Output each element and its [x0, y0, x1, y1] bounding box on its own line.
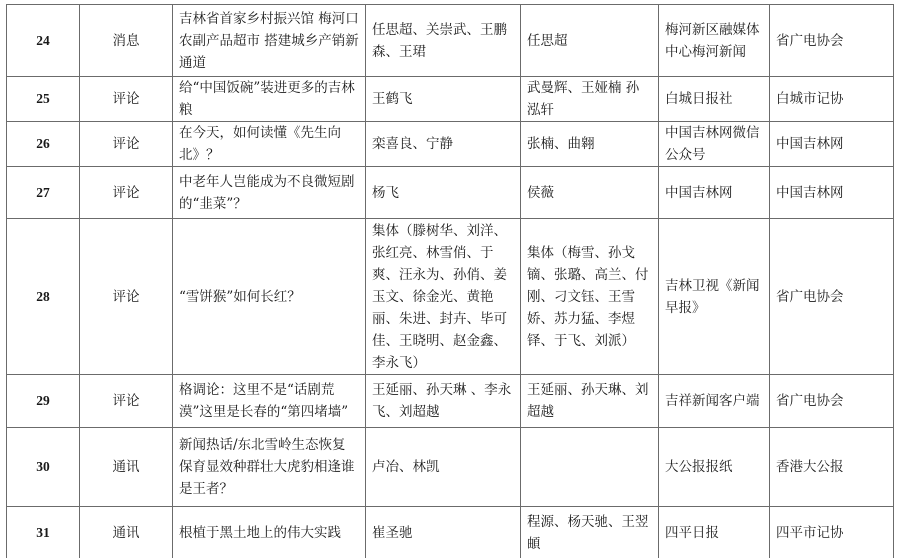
entry-recommender: 中国吉林网: [770, 167, 894, 219]
row-number: 27: [7, 167, 80, 219]
entry-title: 中老年人岂能成为不良微短剧的“韭菜”？: [173, 167, 366, 219]
entry-publisher: 中国吉林网: [659, 167, 770, 219]
entry-editors: 张楠、曲翱: [521, 122, 659, 167]
entry-authors: 杨飞: [366, 167, 521, 219]
table-row: 25 评论 给“中国饭碗”装进更多的吉林粮 王鹤飞 武曼辉、王娅楠 孙泓轩 白城…: [7, 77, 894, 122]
entry-type: 评论: [80, 122, 173, 167]
awards-table: 24 消息 吉林省首家乡村振兴馆 梅河口农副产品超市 搭建城乡产销新通道 任思超…: [6, 4, 894, 558]
entry-publisher: 梅河新区融媒体中心梅河新闻: [659, 5, 770, 77]
table-row: 31 通讯 根植于黑土地上的伟大实践 崔圣驰 程源、杨天驰、王翌頔 四平日报 四…: [7, 507, 894, 558]
row-number: 28: [7, 219, 80, 375]
entry-recommender: 省广电协会: [770, 375, 894, 428]
entry-title: 格调论：这里不是“话剧荒漠”这里是长春的“第四堵墙”: [173, 375, 366, 428]
entry-editors: 侯薇: [521, 167, 659, 219]
row-number: 26: [7, 122, 80, 167]
table-row: 29 评论 格调论：这里不是“话剧荒漠”这里是长春的“第四堵墙” 王延丽、孙天琳…: [7, 375, 894, 428]
entry-title: 新闻热话/东北雪岭生态恢复保育显效种群壮大虎豹相逢谁是王者？: [173, 428, 366, 507]
entry-editors: 武曼辉、王娅楠 孙泓轩: [521, 77, 659, 122]
entry-editors: 任思超: [521, 5, 659, 77]
entry-title: 给“中国饭碗”装进更多的吉林粮: [173, 77, 366, 122]
entry-title: “雪饼猴”如何长红？: [173, 219, 366, 375]
entry-type: 消息: [80, 5, 173, 77]
entry-recommender: 香港大公报: [770, 428, 894, 507]
entry-publisher: 吉祥新闻客户端: [659, 375, 770, 428]
entry-recommender: 中国吉林网: [770, 122, 894, 167]
row-number: 25: [7, 77, 80, 122]
table-row: 30 通讯 新闻热话/东北雪岭生态恢复保育显效种群壮大虎豹相逢谁是王者？ 卢冶、…: [7, 428, 894, 507]
entry-type: 评论: [80, 77, 173, 122]
entry-title: 吉林省首家乡村振兴馆 梅河口农副产品超市 搭建城乡产销新通道: [173, 5, 366, 77]
entry-type: 评论: [80, 167, 173, 219]
entry-authors: 集体（滕树华、刘洋、张红亮、林雪俏、于爽、汪永为、孙俏、姜玉文、徐金光、黄艳丽、…: [366, 219, 521, 375]
entry-type: 通讯: [80, 428, 173, 507]
entry-editors: 程源、杨天驰、王翌頔: [521, 507, 659, 558]
row-number: 31: [7, 507, 80, 558]
entry-publisher: 白城日报社: [659, 77, 770, 122]
entry-publisher: 大公报报纸: [659, 428, 770, 507]
entry-recommender: 白城市记协: [770, 77, 894, 122]
entry-editors: [521, 428, 659, 507]
entry-authors: 王鹤飞: [366, 77, 521, 122]
entry-authors: 任思超、关崇武、王鹏森、王珺: [366, 5, 521, 77]
table-row: 26 评论 在今天，如何读懂《先生向北》？ 栾喜良、宁静 张楠、曲翱 中国吉林网…: [7, 122, 894, 167]
row-number: 30: [7, 428, 80, 507]
entry-publisher: 中国吉林网微信公众号: [659, 122, 770, 167]
entry-title: 在今天，如何读懂《先生向北》？: [173, 122, 366, 167]
entry-editors: 集体（梅雪、孙戈镝、张璐、高兰、付刚、刁文钰、王雪娇、苏力猛、李煜铎、于飞、刘派…: [521, 219, 659, 375]
entry-authors: 卢冶、林凯: [366, 428, 521, 507]
entry-title: 根植于黑土地上的伟大实践: [173, 507, 366, 558]
entry-editors: 王延丽、孙天琳、刘超越: [521, 375, 659, 428]
entry-publisher: 吉林卫视《新闻早报》: [659, 219, 770, 375]
entry-recommender: 省广电协会: [770, 219, 894, 375]
entry-authors: 栾喜良、宁静: [366, 122, 521, 167]
entry-type: 评论: [80, 375, 173, 428]
row-number: 24: [7, 5, 80, 77]
entry-authors: 崔圣驰: [366, 507, 521, 558]
entry-publisher: 四平日报: [659, 507, 770, 558]
entry-authors: 王延丽、孙天琳 、李永飞、刘超越: [366, 375, 521, 428]
entry-type: 通讯: [80, 507, 173, 558]
entry-recommender: 四平市记协: [770, 507, 894, 558]
entry-type: 评论: [80, 219, 173, 375]
row-number: 29: [7, 375, 80, 428]
entry-recommender: 省广电协会: [770, 5, 894, 77]
table-row: 27 评论 中老年人岂能成为不良微短剧的“韭菜”？ 杨飞 侯薇 中国吉林网 中国…: [7, 167, 894, 219]
table-row: 28 评论 “雪饼猴”如何长红？ 集体（滕树华、刘洋、张红亮、林雪俏、于爽、汪永…: [7, 219, 894, 375]
table-row: 24 消息 吉林省首家乡村振兴馆 梅河口农副产品超市 搭建城乡产销新通道 任思超…: [7, 5, 894, 77]
